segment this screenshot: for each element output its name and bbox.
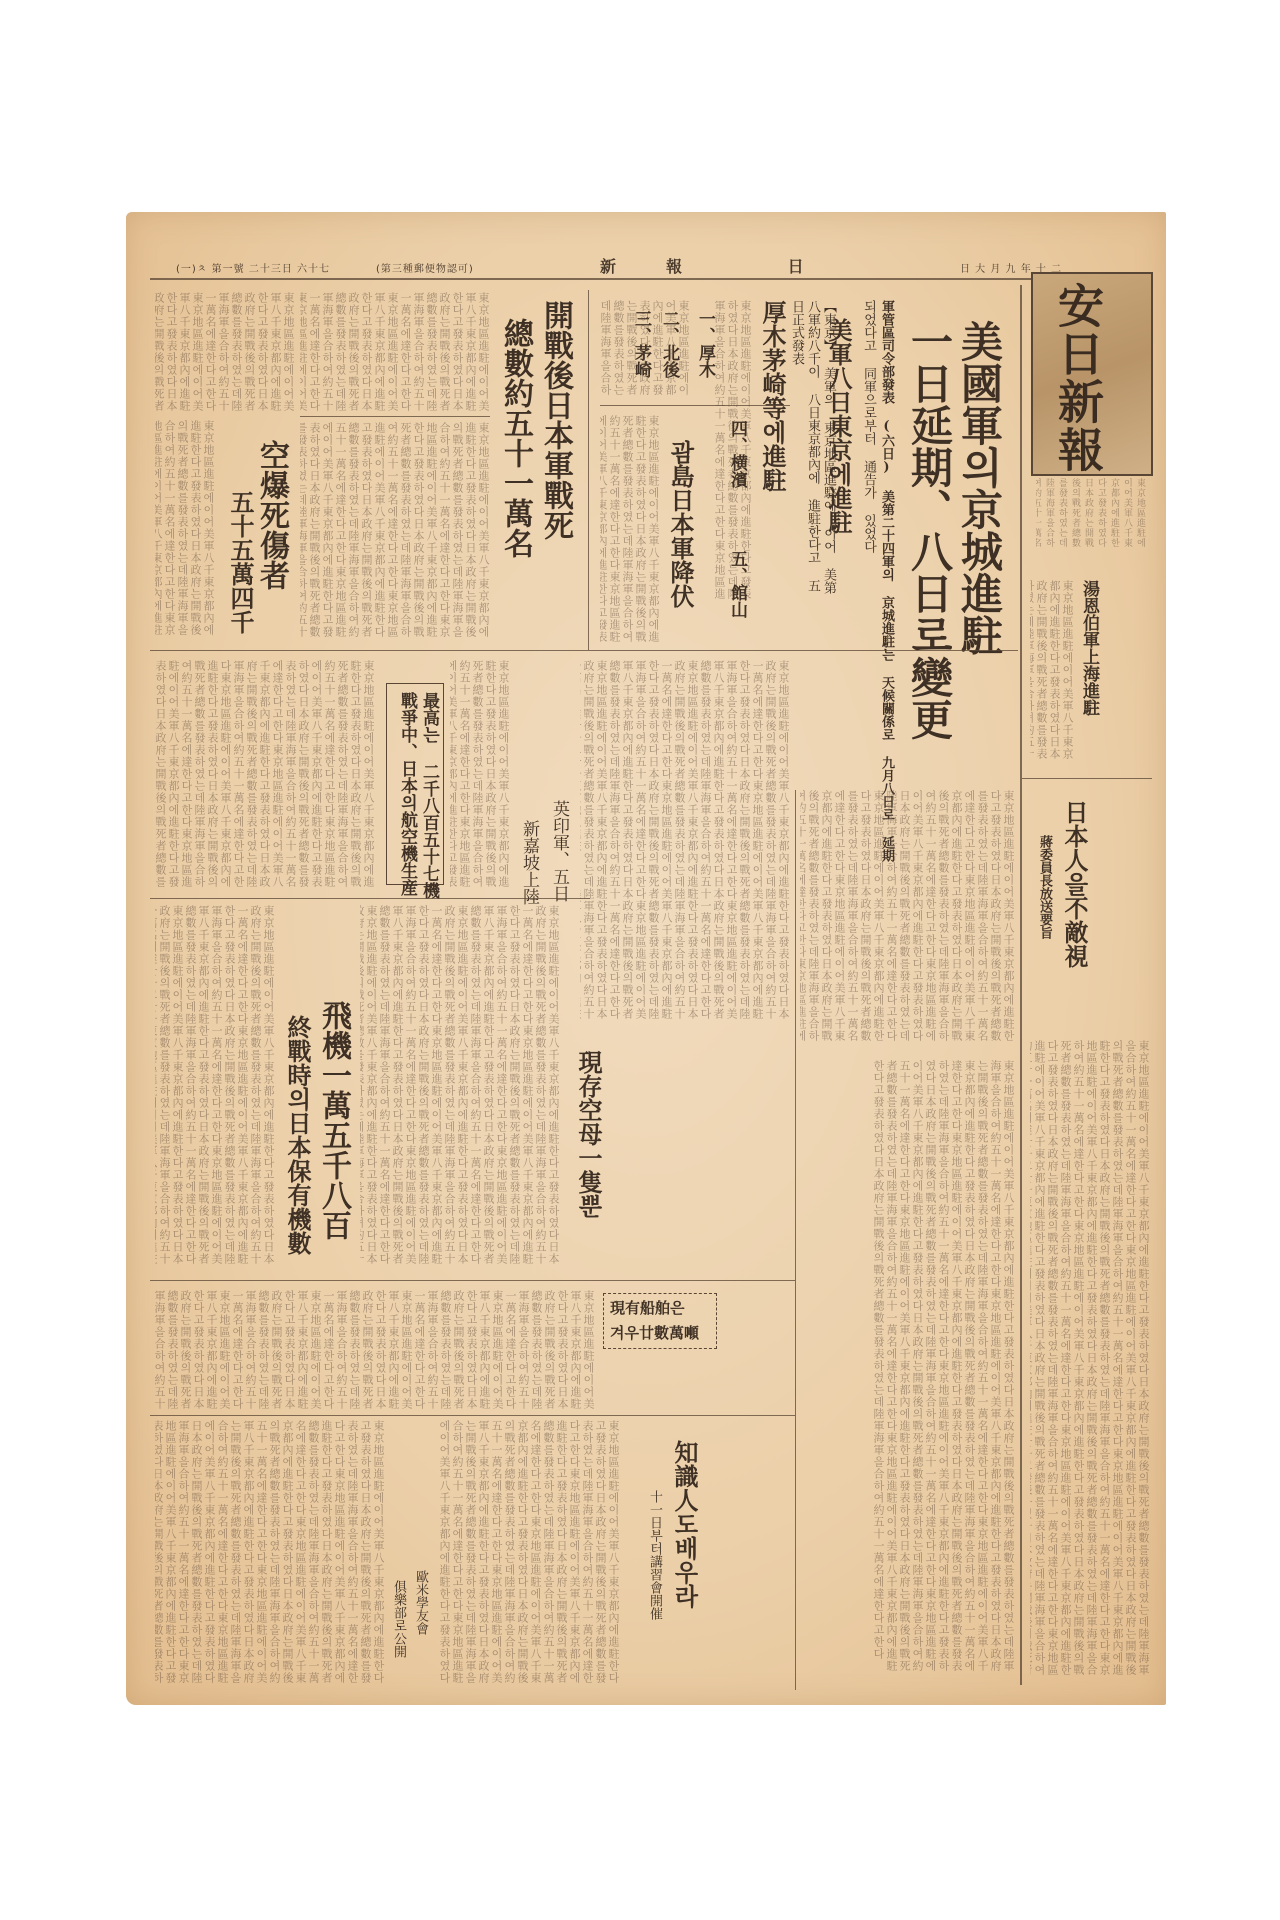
air-raid-headline-2: 五十五萬四千 <box>228 490 252 634</box>
body-text: 東京地區進駐에이어美軍八千東京都內에進駐한다고發表하였다日本政府는開戰後의戰死者… <box>155 660 375 890</box>
singapore-line2: 新嘉坡上陸 <box>520 820 537 905</box>
atsugi-headline: 厚木茅崎等에進駐 <box>760 300 784 492</box>
aircraft-prod-line2: 戰爭中、日本의航空機生産 <box>398 692 415 896</box>
air-raid-headline-1: 空爆死傷者 <box>256 440 286 590</box>
war-dead-headline-2: 總數約五十一萬名 <box>500 318 530 558</box>
alumni-line2: 俱樂部로公開 <box>392 1580 405 1658</box>
ships-line2: 겨우廿數萬噸 <box>610 1322 699 1343</box>
atsugi-item-4: 四、横濱 <box>728 420 745 488</box>
war-dead-stats: 東京地區進駐에이어美軍八千東京都內에進駐한다고發表하였다日本政府는開戰後의戰死者… <box>300 422 490 642</box>
main-headline-line1: 美國軍의京城進駐 <box>958 320 1000 656</box>
shanghai-body: 東京地區進駐에이어美軍八千東京都內에進駐한다고發表하였다日本政府는開戰後의戰死者… <box>1030 580 1074 770</box>
guam-headline: 괌島日本軍降伏 <box>668 440 692 608</box>
issue-number: (一)ㅊ 第一號 二十三日 六十七 <box>176 260 330 275</box>
japanese-sub: 蔣委員長放送要旨 <box>1038 835 1051 939</box>
main-headline-line2: 一日延期、八日로變更 <box>908 320 950 740</box>
planes-headline-1: 飛機一萬五千八百 <box>318 1000 348 1240</box>
body-text: 東京地區進駐에이어美軍八千東京都內에進駐한다고發表하였다日本政府는開戰後의戰死者… <box>360 905 560 1275</box>
row-rule-3 <box>150 1280 795 1281</box>
atsugi-item-5: 五、館山 <box>728 550 745 618</box>
aircraft-prod-line1: 最高는 二千八百五十七機 <box>420 692 437 899</box>
intellectuals-headline: 知識人도배우라 <box>672 1440 696 1608</box>
body-text: 東京地區進駐에이어美軍八千東京都內에進駐한다고發表하였다日本政府는開戰後의戰死者… <box>155 1290 595 1410</box>
row-rule-2 <box>150 898 590 899</box>
column-rule <box>795 790 796 1690</box>
singapore-line1: 英印軍、五日 <box>550 800 567 902</box>
body-text: 東京地區進駐에이어美軍八千東京都內에進駐한다고發表하였다日本政府는開戰後의戰死者… <box>580 660 790 1030</box>
body-text: 東京地區進駐에이어美軍八千東京都內에進駐한다고發表하였다日本政府는開戰後의戰死者… <box>450 660 510 890</box>
shanghai-headline: 湯恩伯軍上海進駐 <box>1080 580 1097 716</box>
row-rule-1 <box>150 650 1018 651</box>
war-dead-rule <box>300 416 490 417</box>
shanghai-rule <box>1022 778 1152 779</box>
planes-headline-2: 終戰時의日本保有機數 <box>285 1015 309 1255</box>
header-rule <box>150 278 1150 280</box>
ships-line1: 現有船舶은 <box>610 1297 685 1318</box>
atsugi-item-1: 一、厚木 <box>696 310 713 378</box>
header-title: 新報 日 <box>600 254 854 277</box>
masthead-info: 東京地區進駐에이어美軍八千東京都內에進駐한다고發表하였다日本政府는開戰後의戰死者… <box>1036 478 1146 556</box>
body-text: 東京地區進駐에이어美軍八千東京都內에進駐한다고發表하였다日本政府는開戰後의戰死者… <box>155 905 275 1275</box>
main-headline-sub2: 되었다고 同軍으로부터 通告가 있었다 <box>862 300 875 553</box>
body-text: 東京地區進駐에이어美軍八千東京都內에進駐한다고發表하였다日本政府는開戰後의戰死者… <box>800 1060 1015 1680</box>
atsugi-rule <box>600 405 790 406</box>
carrier-headline: 現存空母一隻뿐 <box>576 1050 600 1218</box>
tokyo-body: 【東京】 美軍의 東京地區進駐에 이어 美第八軍約八千이 八日東京都內에 進駐한… <box>800 300 836 600</box>
japanese-headline: 日本人을不敵視 <box>1062 800 1086 968</box>
alumni-line1: 歐米學友會 <box>414 1570 427 1635</box>
postal-notice: (第三種郵便物認可) <box>376 260 474 275</box>
war-dead-body: 東京地區進駐에이어美軍八千東京都內에進駐한다고發表하였다日本政府는開戰後의戰死者… <box>300 292 490 412</box>
main-headline-sub: 軍管區司令部發表 (六日) 美第二十四軍의 京城進駐는 天候關係로 九月八日로 … <box>880 300 893 600</box>
masthead-column-rule <box>1020 285 1022 1685</box>
war-dead-headline-1: 開戰後日本軍戰死 <box>540 300 570 540</box>
left-col-body: 東京地區進駐에이어美軍八千東京都內에進駐한다고發表하였다日本政府는開戰後의戰死者… <box>155 292 295 412</box>
body-text: 東京地區進駐에이어美軍八千東京都內에進駐한다고發表하였다日本政府는開戰後의戰死者… <box>1030 1040 1150 1680</box>
atsugi-items-body: 東京地區進駐에이어美軍八千東京都內에進駐한다고發表하였다日本政府는開戰後의戰死者… <box>600 300 690 400</box>
body-text: 東京地區進駐에이어美軍八千東京都內에進駐한다고發表하였다日本政府는開戰後의戰死者… <box>800 790 1015 1050</box>
masthead-title: 安日新報 <box>1045 282 1111 474</box>
guam-body: 東京地區進駐에이어美軍八千東京都內에進駐한다고發表하였다日本政府는開戰後의戰死者… <box>600 415 660 645</box>
air-raid-body: 東京地區進駐에이어美軍八千東京都內에進駐한다고發表하였다日本政府는開戰後의戰死者… <box>155 420 215 640</box>
body-text: 東京地區進駐에이어美軍八千東京都內에進駐한다고發表하였다日本政府는開戰後의戰死者… <box>155 1420 385 1690</box>
row-rule-4 <box>150 1415 795 1416</box>
column-rule <box>588 290 589 650</box>
body-text: 東京地區進駐에이어美軍八千東京都內에進駐한다고發表하였다日本政府는開戰後의戰死者… <box>440 1420 620 1690</box>
intellectuals-sub: 十一日부터講習會開催 <box>648 1490 661 1620</box>
